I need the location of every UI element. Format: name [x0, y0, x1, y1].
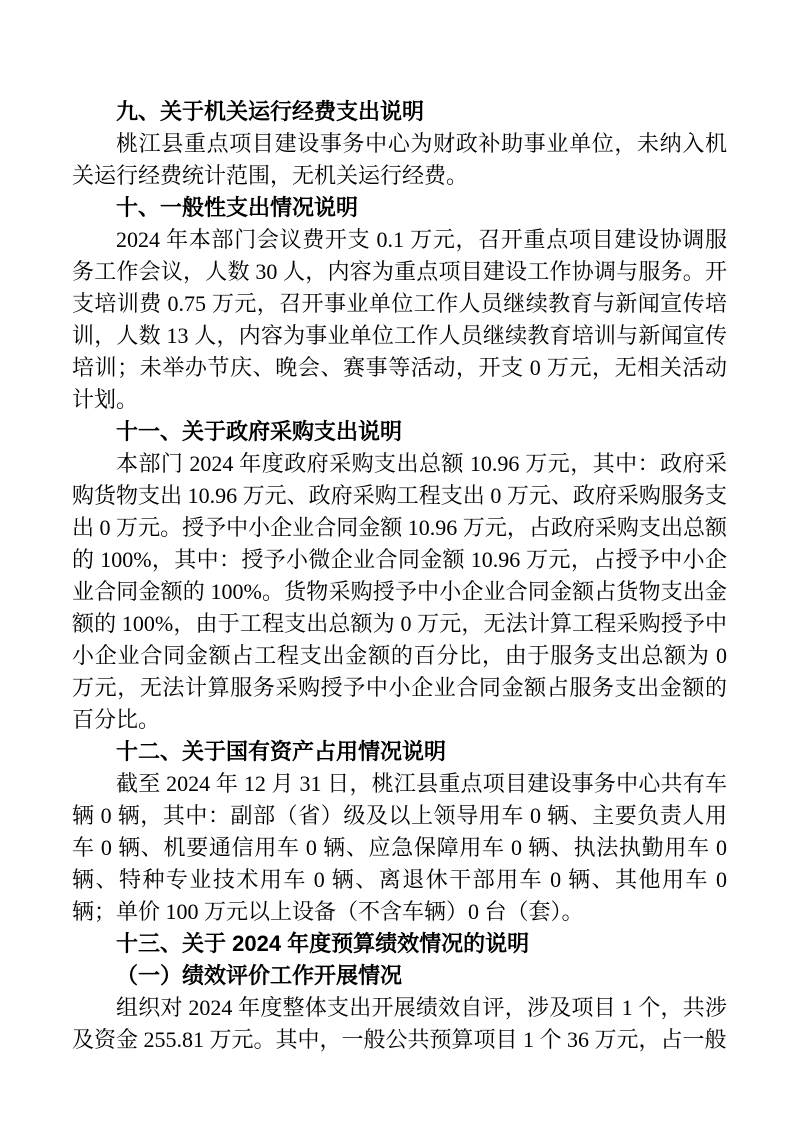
section-9-paragraph: 桃江县重点项目建设事务中心为财政补助事业单位，未纳入机关运行经费统计范围，无机关…: [72, 128, 727, 192]
section-13-heading: 十三、关于 2024 年度预算绩效情况的说明: [72, 928, 727, 960]
section-12-heading: 十二、关于国有资产占用情况说明: [72, 736, 727, 768]
section-13-paragraph: 组织对 2024 年度整体支出开展绩效自评，涉及项目 1 个，共涉及资金 255…: [72, 992, 727, 1056]
section-11-paragraph: 本部门 2024 年度政府采购支出总额 10.96 万元，其中：政府采购货物支出…: [72, 448, 727, 736]
document-page: 九、关于机关运行经费支出说明 桃江县重点项目建设事务中心为财政补助事业单位，未纳…: [0, 0, 793, 1122]
document-content: 九、关于机关运行经费支出说明 桃江县重点项目建设事务中心为财政补助事业单位，未纳…: [72, 96, 727, 1056]
section-13-subheading: （一）绩效评价工作开展情况: [72, 960, 727, 992]
section-10-paragraph: 2024 年本部门会议费开支 0.1 万元，召开重点项目建设协调服务工作会议，人…: [72, 224, 727, 416]
section-9-heading: 九、关于机关运行经费支出说明: [72, 96, 727, 128]
section-10-heading: 十、一般性支出情况说明: [72, 192, 727, 224]
section-12-paragraph: 截至 2024 年 12 月 31 日，桃江县重点项目建设事务中心共有车辆 0 …: [72, 768, 727, 928]
section-11-heading: 十一、关于政府采购支出说明: [72, 416, 727, 448]
